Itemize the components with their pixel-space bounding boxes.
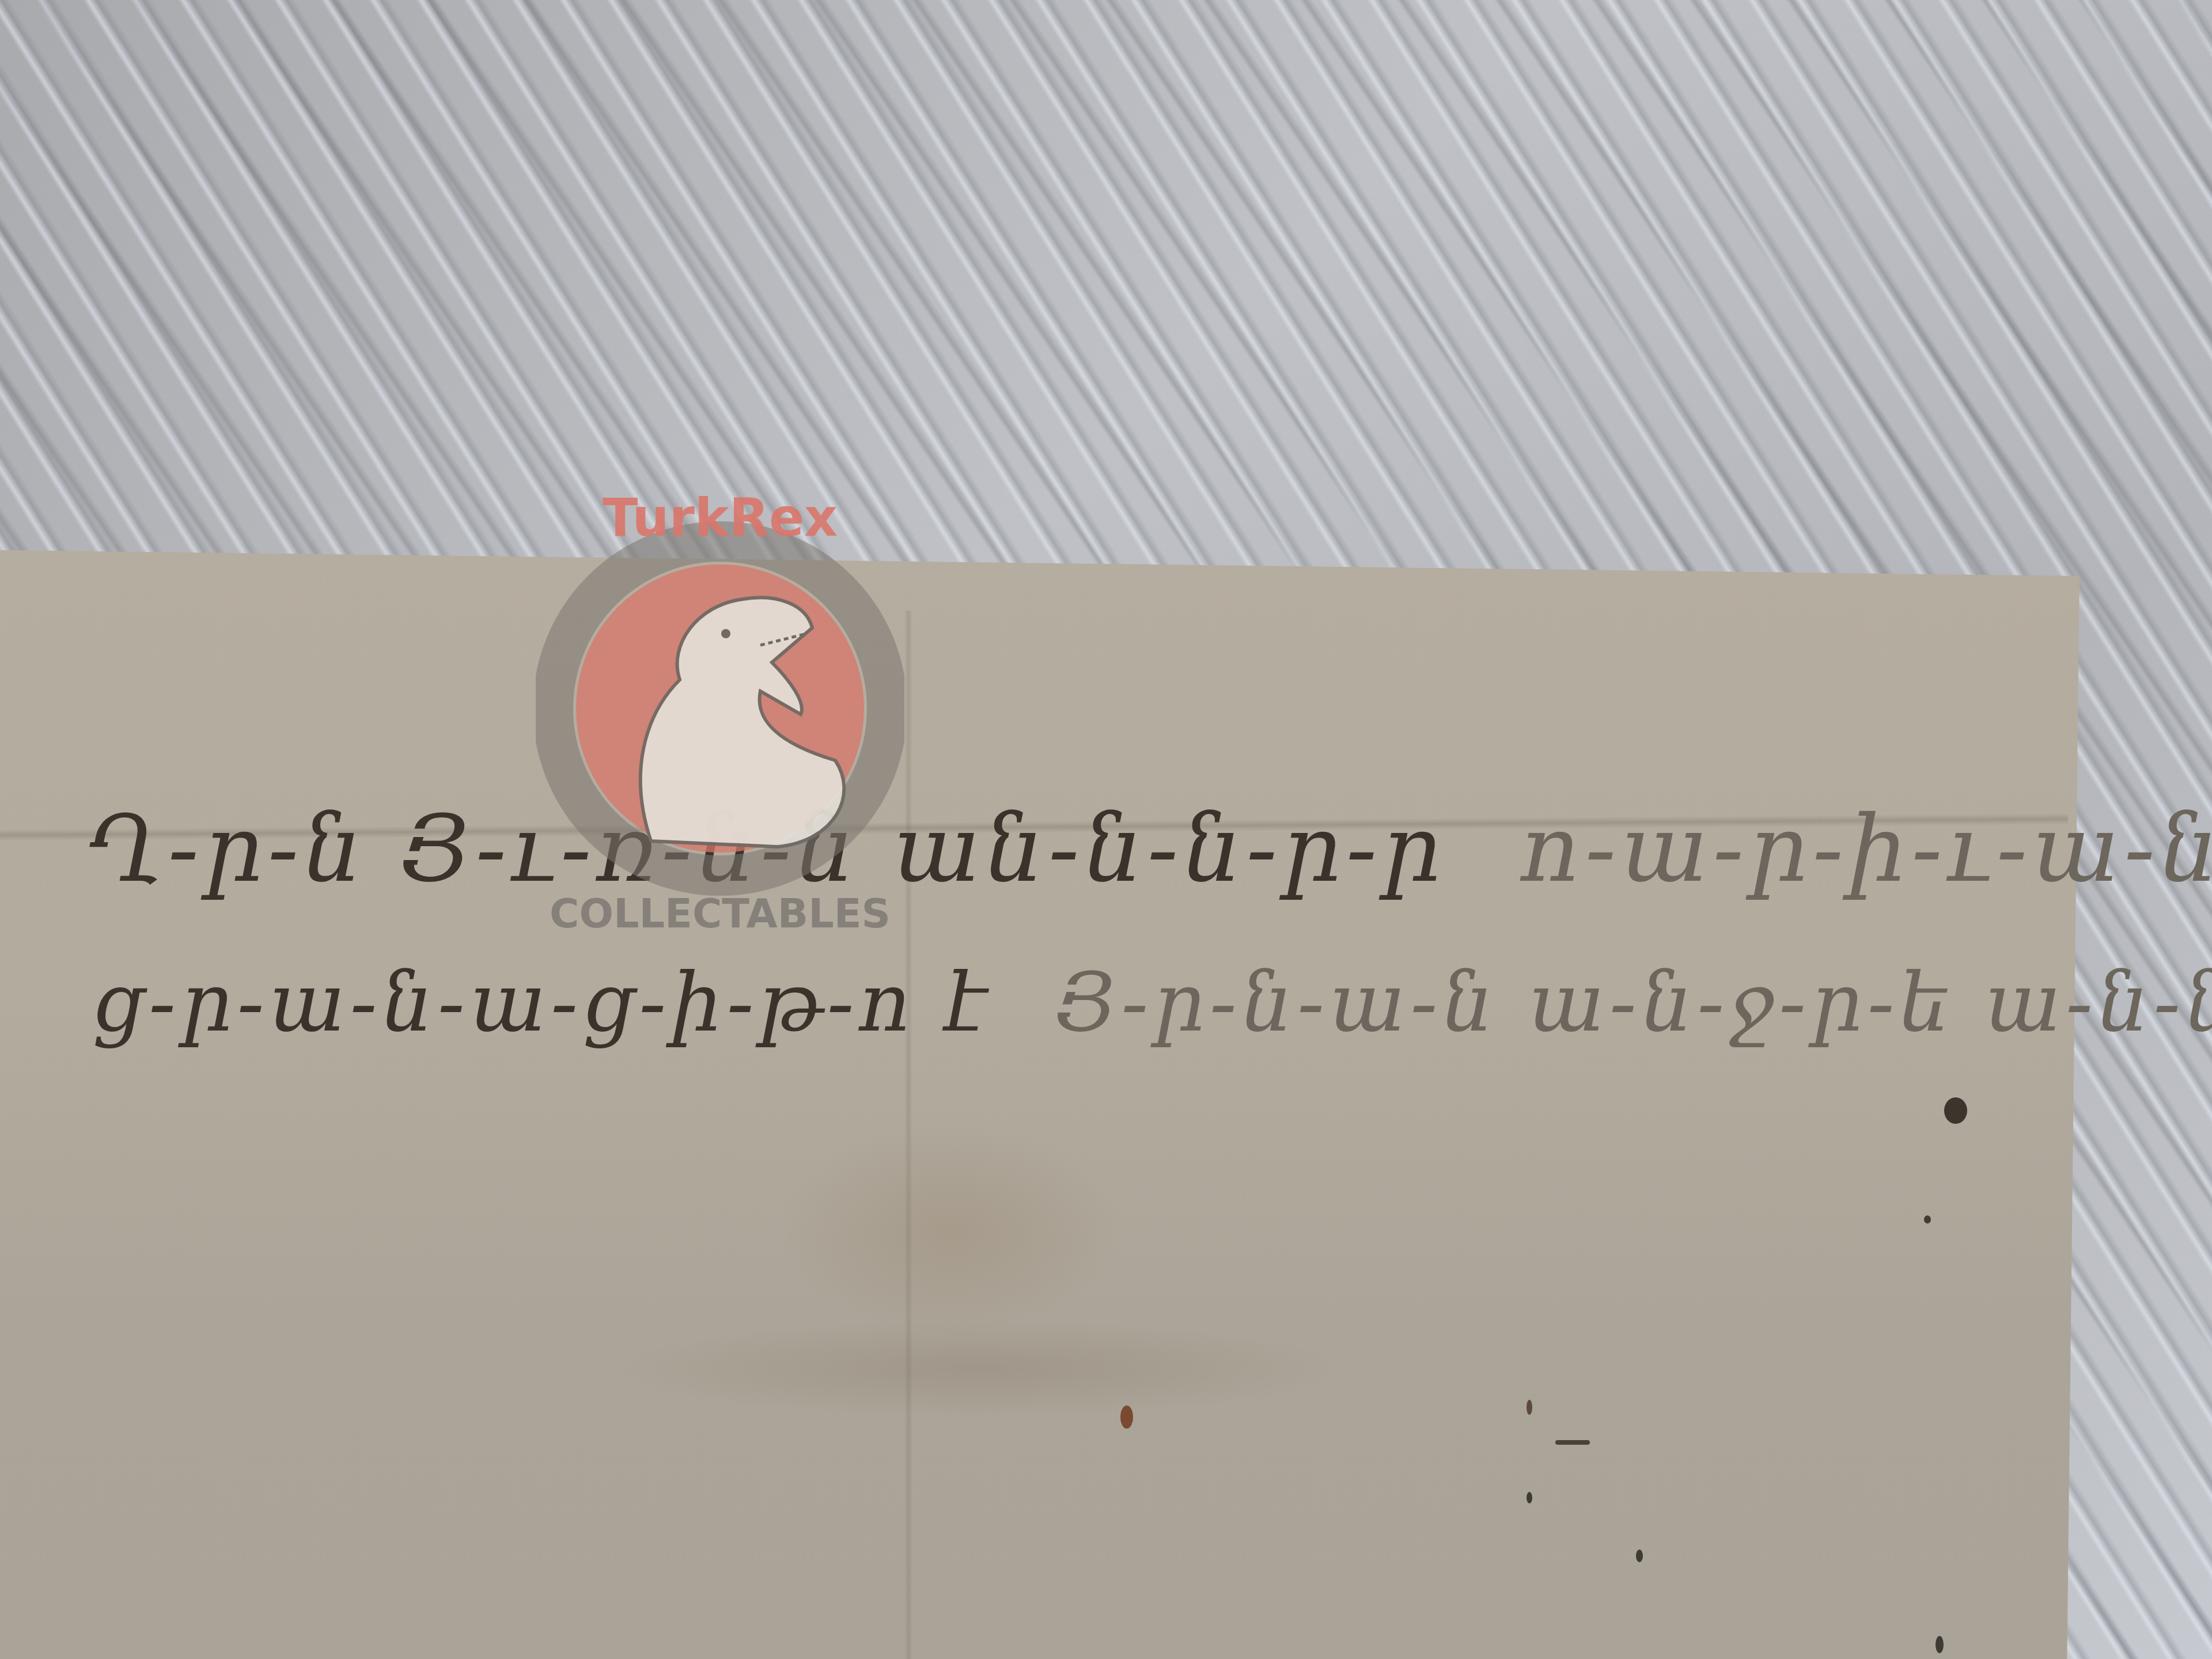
handwriting-line-1-dark: Ղ-ր-ն Յ-ւ-ռ-ն-ն ան-ն-ն-ր-ր [86, 795, 1446, 903]
rust-spot [1120, 1406, 1133, 1429]
paper-fold-vertical [904, 611, 912, 1659]
manuscript-page [0, 550, 2080, 1659]
ink-dot [1527, 1400, 1532, 1415]
handwriting-line-1: Ղ-ր-ն Յ-ւ-ռ-ն-ն ան-ն-ն-ր-րո-ա-ր-ի-ւ-ա-ն … [86, 795, 2212, 903]
handwriting-line-2-faint: Յ-ր-ն-ա-ն ա-ն-ջ-ր-ե ա-ն-ն-ն-ի-ն [1055, 956, 2212, 1050]
handwriting-line-1-faint: ո-ա-ր-ի-ւ-ա-ն ծ-ն [1521, 795, 2212, 903]
ink-dot [1636, 1550, 1643, 1562]
ink-dot [1527, 1492, 1532, 1503]
ink-dot [1924, 1215, 1931, 1224]
handwriting-line-2-dark: ց-ր-ա-ն-ա-ց-ի-թ-ո է [92, 956, 991, 1050]
handwriting-line-2: ց-ր-ա-ն-ա-ց-ի-թ-ո էՅ-ր-ն-ա-ն ա-ն-ջ-ր-ե ա… [92, 956, 2212, 1050]
ink-dot [1555, 1440, 1590, 1445]
ink-dot [1935, 1636, 1944, 1653]
ink-blot [1944, 1097, 1967, 1124]
